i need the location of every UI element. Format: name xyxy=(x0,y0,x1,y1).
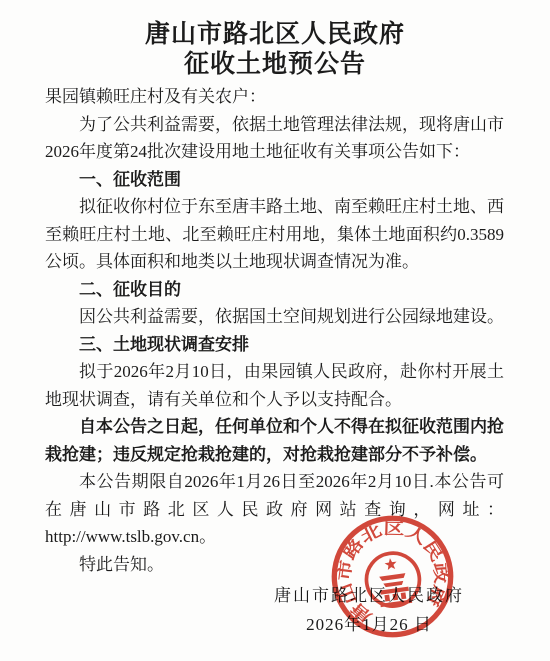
validity-paragraph: 本公告期限自2026年1月26日至2026年2月10日.本公告可在唐山市路北区人… xyxy=(45,468,504,551)
section1-paragraph: 拟征收你村位于东至唐丰路土地、南至赖旺庄村土地、西至赖旺庄村土地、北至赖旺庄村用… xyxy=(45,193,504,276)
closing-line: 特此告知。 xyxy=(45,551,504,579)
notice-body: 果园镇赖旺庄村及有关农户： 为了公共利益需要，依据土地管理法律法规，现将唐山市2… xyxy=(0,79,550,578)
section2-paragraph: 因公共利益需要，依据国土空间规划进行公园绿地建设。 xyxy=(45,303,504,331)
document-title: 唐山市路北区人民政府 征收土地预公告 xyxy=(0,0,550,79)
section1-heading: 一、征收范围 xyxy=(45,166,504,194)
section3-heading: 三、土地现状调查安排 xyxy=(45,331,504,359)
title-line-2: 征收土地预公告 xyxy=(0,49,550,79)
title-line-1: 唐山市路北区人民政府 xyxy=(0,19,550,49)
salutation: 果园镇赖旺庄村及有关农户： xyxy=(45,83,504,111)
scanned-notice-page: 唐山市路北区人民政府 征收土地预公告 果园镇赖旺庄村及有关农户： 为了公共利益需… xyxy=(0,0,550,661)
signature-block: 唐山市路北区人民政府 2026年1月26 日 xyxy=(0,585,550,635)
warning-paragraph: 自本公告之日起，任何单位和个人不得在拟征收范围内抢栽抢建；违反规定抢栽抢建的，对… xyxy=(45,413,504,468)
section2-heading: 二、征收目的 xyxy=(45,276,504,304)
signature-date: 2026年1月26 日 xyxy=(274,615,464,635)
signature-org: 唐山市路北区人民政府 xyxy=(274,585,464,607)
intro-paragraph: 为了公共利益需要，依据土地管理法律法规，现将唐山市2026年度第24批次建设用地… xyxy=(45,111,504,166)
section3-paragraph: 拟于2026年2月10日，由果园镇人民政府，赴你村开展土地现状调查，请有关单位和… xyxy=(45,358,504,413)
